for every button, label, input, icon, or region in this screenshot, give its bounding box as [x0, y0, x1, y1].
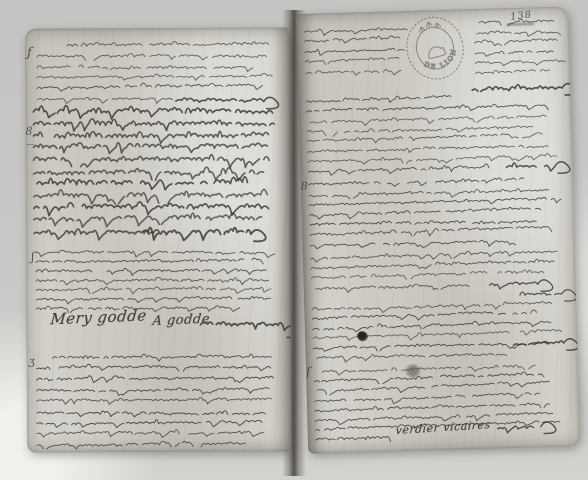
handwriting-line — [310, 114, 546, 128]
handwriting-left: ƒ8—ʃʒ — [25, 27, 291, 452]
handwriting-line — [33, 118, 274, 132]
right-page: 8ſ 138 DE LION verdier vicaires — [296, 6, 580, 453]
handwriting-line — [305, 36, 400, 44]
handwriting-line — [316, 436, 391, 444]
handwriting-line — [308, 153, 557, 167]
handwriting-line — [506, 161, 570, 174]
handwriting-line — [305, 57, 403, 65]
handwriting-line — [316, 283, 470, 294]
handwriting-line — [176, 97, 279, 109]
handwriting-line — [33, 105, 272, 120]
margin-mark: ƒ — [25, 46, 34, 61]
stamp-arc-text: DE LION — [420, 45, 463, 74]
stamp-outer-ring — [400, 11, 470, 85]
margin-mark: ſ — [305, 365, 313, 379]
handwriting-line — [144, 227, 266, 242]
handwriting-line — [34, 154, 270, 168]
handwriting-line — [306, 95, 451, 105]
handwriting-line — [317, 381, 549, 396]
handwriting-line — [307, 102, 549, 116]
handwriting-line — [311, 249, 557, 263]
handwriting-line — [36, 296, 274, 304]
handwriting-line — [37, 429, 268, 438]
handwriting-line — [513, 338, 579, 351]
handwriting-line — [37, 441, 248, 449]
handwriting-line — [475, 50, 553, 57]
left-page: ƒ8—ʃʒ Mery godde A godde — [25, 27, 291, 452]
handwriting-line — [477, 29, 561, 38]
handwriting-line — [304, 27, 407, 36]
handwriting-line — [313, 319, 551, 333]
handwriting-line — [37, 97, 173, 104]
handwriting-line — [34, 229, 159, 241]
handwriting-line — [36, 249, 275, 259]
handwriting-line — [37, 73, 272, 81]
handwriting-line — [312, 310, 536, 323]
handwriting-line — [476, 69, 552, 74]
handwriting-line — [37, 387, 269, 396]
handwriting-line — [307, 133, 542, 145]
handwriting-line — [315, 402, 549, 414]
handwriting-line — [53, 354, 272, 362]
handwriting-line — [309, 187, 549, 201]
handwriting-line — [309, 177, 524, 189]
handwriting-line — [37, 410, 265, 417]
manuscript-scan: ƒ8—ʃʒ Mery godde A godde 8ſ 138 DE LION — [0, 0, 588, 480]
handwriting-line — [312, 301, 552, 315]
handwriting-line — [67, 41, 269, 46]
handwriting-line — [200, 322, 291, 338]
handwriting-line — [313, 340, 552, 354]
handwriting-line — [313, 329, 562, 343]
handwriting-line — [308, 144, 548, 156]
handwriting-line — [311, 270, 543, 282]
handwriting-line — [34, 189, 268, 205]
handwriting-line — [306, 68, 401, 77]
handwriting-line — [472, 83, 577, 97]
handwriting-line — [37, 83, 262, 92]
handwriting-line — [310, 225, 552, 239]
handwriting-line — [311, 259, 554, 272]
margin-mark: 8 — [25, 125, 32, 138]
handwriting-line — [498, 422, 556, 435]
handwriting-line — [310, 206, 544, 219]
handwriting-line — [33, 131, 268, 144]
margin-mark: ʒ — [28, 355, 36, 368]
handwriting-line — [37, 375, 274, 384]
handwriting-line — [36, 258, 263, 265]
handwriting-line — [475, 38, 560, 46]
handwriting-line — [36, 268, 266, 276]
lion-icon — [427, 45, 446, 59]
handwriting-line — [310, 239, 515, 251]
handwriting-line — [490, 280, 553, 293]
handwriting-line — [305, 47, 404, 56]
handwriting-line — [33, 142, 267, 154]
handwriting-line — [37, 397, 278, 405]
handwriting-line — [37, 363, 271, 372]
handwriting-line — [307, 124, 532, 137]
margin-mark: ʃ — [28, 250, 37, 264]
handwriting-line — [317, 351, 507, 363]
handwriting-line — [309, 197, 561, 210]
signature-a-godde: A godde — [152, 312, 211, 329]
handwriting-line — [308, 164, 489, 176]
handwriting-line — [37, 419, 265, 428]
handwriting-line — [36, 277, 271, 286]
handwriting-line — [475, 59, 565, 66]
margin-mark: — — [26, 140, 34, 149]
handwriting-line — [36, 286, 271, 294]
handwriting-line — [37, 53, 267, 61]
handwriting-line — [37, 64, 253, 73]
handwriting-line — [315, 392, 540, 406]
margin-mark: 8 — [301, 180, 308, 193]
handwriting-line — [310, 217, 536, 229]
fleur-de-lis-icon — [418, 19, 442, 33]
handwriting-line — [314, 372, 544, 386]
